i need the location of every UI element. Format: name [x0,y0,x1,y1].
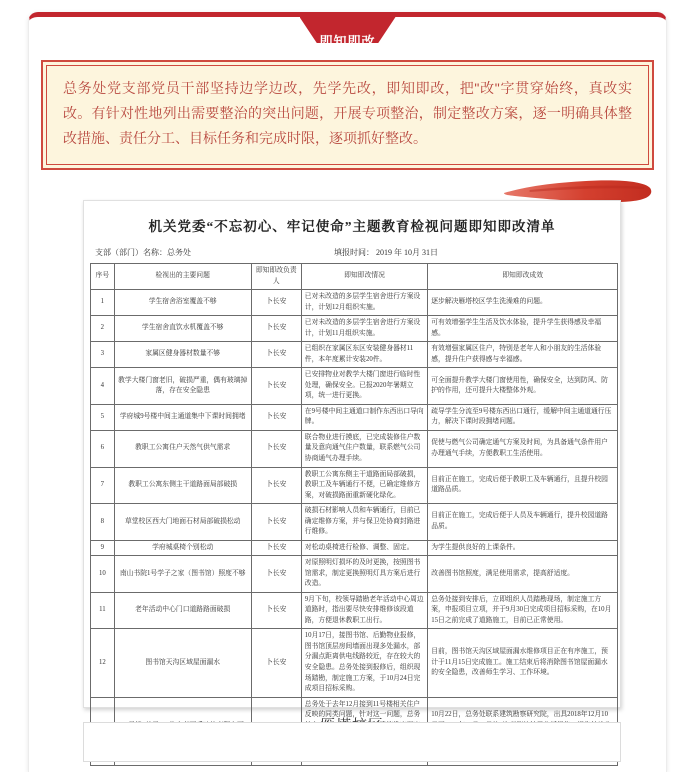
table-cell: 已对未改造的多层学生宿舍进行方案设计，计划12月组织实施。 [301,290,427,316]
table-cell: 9月下旬，校领导踏勘老年活动中心周边道路时，指出要尽快安排维修该段道路，方便退休… [301,592,427,629]
intro-box-inner-border: 总务处党支部党员干部坚持边学边改，先学先改，即知即改，把"改"字贯穿始终，真改实… [46,65,649,165]
table-cell: 改善图书馆照度，满足使用需求，提高舒适度。 [428,556,618,593]
branch-name-label: 支部（部门）名称：总务处 [95,247,191,258]
sheet-meta-row: 支部（部门）名称：总务处 填报时间： 2019 年 10月 31日 [89,247,615,263]
table-cell: 总务处接到安排后，立即组织人员踏勘现场，制定施工方案，申报项目立项，并于9月30… [428,592,618,629]
table-cell: 促使与燃气公司确定通气方案及时间，为具备通气条件用户办理通气手续，方便教职工生活… [428,430,618,467]
table-cell: 卜长安 [251,430,301,467]
table-cell: 5 [91,404,115,430]
table-cell: 卜长安 [251,290,301,316]
table-cell: 老年活动中心门口道路路面破损 [114,592,251,629]
table-cell: 学生宿舍直饮水机覆盖不够 [114,316,251,342]
table-row: 1学生宿舍浴室覆盖不够卜长安已对未改造的多层学生宿舍进行方案设计，计划12月组织… [91,290,618,316]
table-header-cell: 序号 [91,264,115,290]
section-ribbon: 即知即改 [300,17,396,43]
table-cell: 已安排物业对教学大楼门窗进行临时性处理，确保安全。已报2020年暑期立项，统一进… [301,368,427,405]
table-cell: 对松动桌椅进行检修、调整、固定。 [301,540,427,556]
table-cell: 联合物业进行摸底，已完成装修住户数量及意向通气住户数量，联系燃气公司协商通气办理… [301,430,427,467]
table-cell: 已对未改造的多层学生宿舍进行方案设计，计划11月组织实施。 [301,316,427,342]
inspection-table: 序号检视出的主要问题即知即改负责人即知即改情况即知即改成效 1学生宿舍浴室覆盖不… [90,263,618,723]
table-cell: 已组织在家属区东区安装健身器材11件，本年度累计安装20件。 [301,342,427,368]
table-row: 11老年活动中心门口道路路面破损卜长安9月下旬，校领导踏勘老年活动中心周边道路时… [91,592,618,629]
table-row: 2学生宿舍直饮水机覆盖不够卜长安已对未改造的多层学生宿舍进行方案设计，计划11月… [91,316,618,342]
table-row: 9学府城桌椅个别松动卜长安对松动桌椅进行检修、调整、固定。为学生提供良好的上课条… [91,540,618,556]
table-cell: 卜长安 [251,629,301,697]
table-header-cell: 检视出的主要问题 [114,264,251,290]
table-row: 4教学大楼门窗老旧，破损严重，偶有玻璃掉落，存在安全隐患卜长安已安排物业对教学大… [91,368,618,405]
table-cell: 学生宿舍浴室覆盖不够 [114,290,251,316]
table-cell: 7 [91,467,115,504]
table-cell: 卜长安 [251,404,301,430]
table-cell: 破损石材影响人员和车辆通行，目前已确定维修方案，并与保卫处协商封路进行维修。 [301,504,427,541]
table-cell: 卜长安 [251,504,301,541]
table-cell: 卜长安 [251,540,301,556]
table-cell: 11 [91,592,115,629]
table-cell: 卜长安 [251,316,301,342]
table-cell: 卜长安 [251,342,301,368]
table-cell: 教职工公寓东侧主干道路面局部破损 [114,467,251,504]
inspection-table-head: 序号检视出的主要问题即知即改负责人即知即改情况即知即改成效 [91,264,618,290]
table-cell: 卜长安 [251,368,301,405]
table-cell: 疏导学生分流至9号楼东西出口通行，缓解中间主通道通行压力，解决下课时段拥堵问题。 [428,404,618,430]
table-cell: 卜长安 [251,556,301,593]
table-header-cell: 即知即改负责人 [251,264,301,290]
table-cell: 图书馆天沟区域屋面漏水 [114,629,251,697]
inspection-table-body: 1学生宿舍浴室覆盖不够卜长安已对未改造的多层学生宿舍进行方案设计，计划12月组织… [91,290,618,723]
table-header-cell: 即知即改成效 [428,264,618,290]
table-cell: 逐步解决雁塔校区学生洗澡难的问题。 [428,290,618,316]
article-card: 即知即改 总务处党支部党员干部坚持边学边改，先学先改，即知即改，把"改"字贯穿始… [28,12,667,723]
table-cell: 为学生提供良好的上课条件。 [428,540,618,556]
table-row: 12图书馆天沟区域屋面漏水卜长安10月17日，接图书馆、后勤物业报修，图书馆顶层… [91,629,618,697]
table-cell: 目前，图书馆天沟区域屋面漏水维修项目正在有序施工，预计于11月15日完成施工。施… [428,629,618,697]
table-cell: 9 [91,540,115,556]
scanned-checklist-sheet: 机关党委“不忘初心、牢记使命”主题教育检视问题即知即改清单 支部（部门）名称：总… [83,200,621,708]
table-cell: 10 [91,556,115,593]
table-cell: 教学大楼门窗老旧，破损严重，偶有玻璃掉落，存在安全隐患 [114,368,251,405]
section-ribbon-label: 即知即改 [319,31,375,50]
table-cell: 目前正在施工，完成后便于教职工及车辆通行，且提升校园道路品质。 [428,467,618,504]
table-cell: 卜长安 [251,467,301,504]
table-row: 6教职工公寓住户天然气供气需求卜长安联合物业进行摸底，已完成装修住户数量及意向通… [91,430,618,467]
table-cell: 有效增强家属区住户，特别是老年人和小朋友的生活体验感，提升住户获得感与幸福感。 [428,342,618,368]
table-cell: 12 [91,629,115,697]
table-cell: 2 [91,316,115,342]
table-cell: 学府城桌椅个别松动 [114,540,251,556]
intro-box: 总务处党支部党员干部坚持边学边改，先学先改，即知即改，把"改"字贯穿始终，真改实… [41,60,654,170]
table-cell: 6 [91,430,115,467]
table-cell: 在9号楼中间主通道口制作东西出口导向牌。 [301,404,427,430]
table-row: 7教职工公寓东侧主干道路面局部破损卜长安教职工公寓东侧主干道路面局部破损，教职工… [91,467,618,504]
table-cell: 3 [91,342,115,368]
table-row: 3家属区健身器材数量不够卜长安已组织在家属区东区安装健身器材11件，本年度累计安… [91,342,618,368]
table-cell: 卜长安 [251,592,301,629]
table-cell: 目前正在施工，完成后便于人员及车辆通行，提升校园道路品质。 [428,504,618,541]
table-cell: 南山书院1号学子之家（图书馆）照度不够 [114,556,251,593]
table-cell: 家属区健身器材数量不够 [114,342,251,368]
table-cell: 对原照明灯损坏的及时更换，按照图书馆需求，制定更换照明灯具方案后进行改造。 [301,556,427,593]
table-cell: 草堂校区西大门地面石材局部破损松动 [114,504,251,541]
table-cell: 可全面提升教学大楼门窗使用性，确保安全，达到防风、防护的作用，还可提升大楼整体外… [428,368,618,405]
table-row: 8草堂校区西大门地面石材局部破损松动卜长安破损石材影响人员和车辆通行，目前已确定… [91,504,618,541]
table-cell: 教职工公寓东侧主干道路面局部破损，教职工及车辆通行不便，已确定维修方案，对破损路… [301,467,427,504]
table-row: 5学府城9号楼中间主通道集中下课时间拥堵卜长安在9号楼中间主通道口制作东西出口导… [91,404,618,430]
table-cell: 8 [91,504,115,541]
table-cell: 10月17日，接图书馆、后勤物业报修，图书馆顶层房间墙面出现多处漏水，部分漏点距… [301,629,427,697]
table-cell: 4 [91,368,115,405]
table-cell: 教职工公寓住户天然气供气需求 [114,430,251,467]
table-row: 10南山书院1号学子之家（图书馆）照度不够卜长安对原照明灯损坏的及时更换，按照图… [91,556,618,593]
report-date-label: 填报时间： 2019 年 10月 31日 [334,247,438,258]
table-header-cell: 即知即改情况 [301,264,427,290]
table-cell: 学府城9号楼中间主通道集中下课时间拥堵 [114,404,251,430]
intro-paragraph: 总务处党支部党员干部坚持边学边改，先学先改，即知即改，把"改"字贯穿始终，真改实… [63,76,632,151]
sheet-title: 机关党委“不忘初心、牢记使命”主题教育检视问题即知即改清单 [89,215,615,235]
table-cell: 1 [91,290,115,316]
table-cell: 可有效增强学生生活及饮水体验，提升学生获得感及幸福感。 [428,316,618,342]
